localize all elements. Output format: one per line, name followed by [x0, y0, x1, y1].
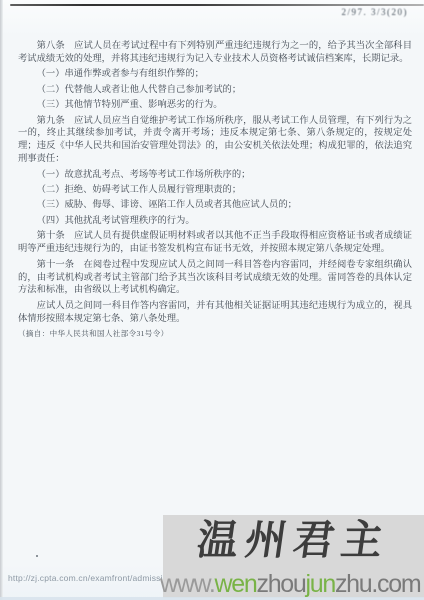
- article-8-item-1: （一）串通作弊或者参与有组织作弊的；: [18, 68, 412, 81]
- article-9-item-3: （三）威胁、侮辱、诽谤、诬陷工作人员或者其他应试人员的；: [18, 199, 412, 212]
- article-10-paragraph: 第十条 应试人员有提供虚假证明材料或者以其他不正当手段取得相应资格证书或者成绩证…: [18, 230, 412, 256]
- article-11-paragraph-2: 应试人员之间同一科目作答内容雷同，并有其他相关证据证明其违纪违规行为成立的，视具…: [18, 300, 412, 326]
- source-citation-note: （摘自：中华人民共和国人社部令31号令）: [18, 328, 412, 341]
- scan-left-edge-shadow: [0, 0, 3, 600]
- document-body: 第八条 应试人员在考试过程中有下列特别严重违纪违规行为之一的，给予其当次全部科目…: [18, 40, 412, 341]
- watermark-url-seg-wen: wen: [215, 570, 257, 598]
- article-8-paragraph: 第八条 应试人员在考试过程中有下列特别严重违纪违规行为之一的，给予其当次全部科目…: [18, 40, 412, 66]
- watermark-url-seg-www: www.: [160, 570, 215, 598]
- article-8-item-2: （二）代替他人或者让他人代替自己参加考试的；: [18, 84, 412, 97]
- article-11-paragraph: 第十一条 在阅卷过程中发现应试人员之间同一科目答卷内容雷同，并经阅卷专家组织确认…: [18, 259, 412, 298]
- watermark-url: www.wenzhoujunzhu.com: [160, 571, 420, 597]
- scan-top-border-line: [10, 4, 424, 6]
- article-9-item-1: （一）故意扰乱考点、考场等考试工作场所秩序的；: [18, 169, 412, 182]
- article-9-item-4: （四）其他扰乱考试管理秩序的行为。: [18, 215, 412, 228]
- footer-source-url: http://zj.cpta.com.cn/examfront/admissi: [8, 573, 163, 583]
- article-9-paragraph: 第九条 应试人员应当自觉维护考试工作场所秩序，服从考试工作人员管理，有下列行为之…: [18, 115, 412, 167]
- article-8-item-3: （三）其他情节特别严重、影响恶劣的行为。: [18, 99, 412, 112]
- watermark-url-seg-com: .com: [371, 570, 420, 598]
- watermark-url-seg-zhu: zhu: [335, 570, 371, 598]
- watermark-url-seg-zhou: zhou: [257, 570, 306, 598]
- scan-speck: [36, 555, 38, 557]
- watermark-url-seg-jun: jun: [306, 570, 335, 598]
- article-9-item-2: （二）拒绝、妨碍考试工作人员履行管理职责的；: [18, 184, 412, 197]
- watermark-box: 温州君主 www.wenzhoujunzhu.com: [163, 515, 424, 598]
- watermark-brand-calligraphy: 温州君主: [159, 515, 424, 565]
- header-page-note: 2/97. 3/3(20): [342, 7, 409, 17]
